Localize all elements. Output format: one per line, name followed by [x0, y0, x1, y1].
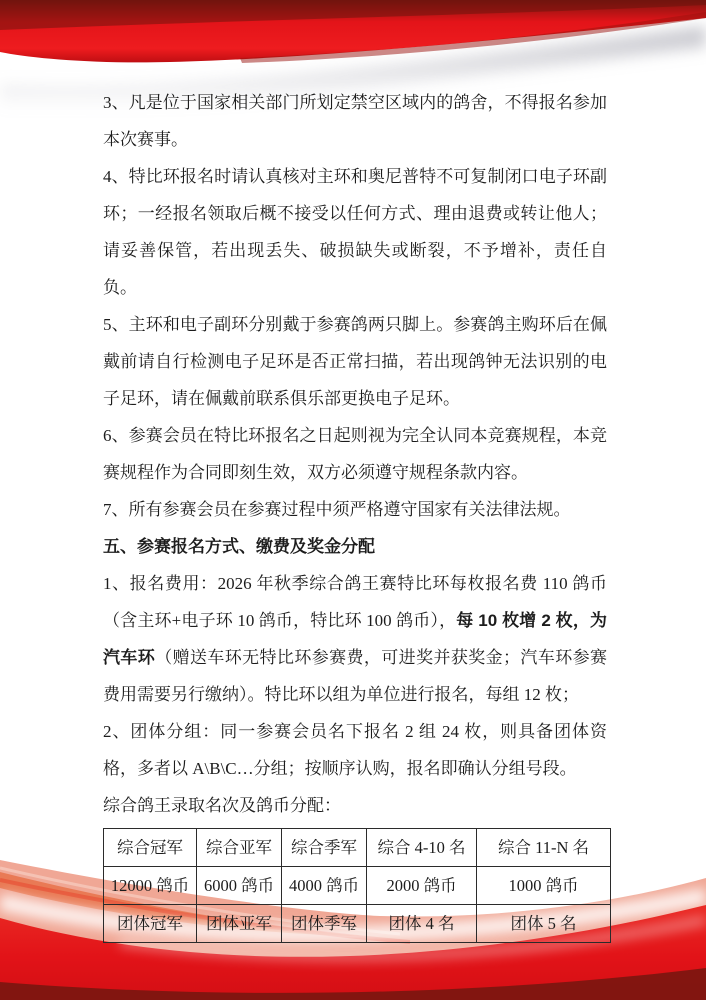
text-run: 5、主环和电子副环分别戴于参赛鸽两只脚上。参赛鸽主购环后在佩戴前请自行检测电子足…: [103, 315, 607, 408]
section-heading: 五、参赛报名方式、缴费及奖金分配: [103, 528, 607, 565]
table-cell: 1000 鸽币: [477, 867, 611, 905]
table-cell: 综合亚军: [197, 829, 282, 867]
text-run: 五、参赛报名方式、缴费及奖金分配: [103, 537, 375, 556]
table-row: 综合冠军综合亚军综合季军综合 4-10 名综合 11-N 名: [104, 829, 611, 867]
body-paragraphs: 3、凡是位于国家相关部门所划定禁空区域内的鸽舍，不得报名参加本次赛事。4、特比环…: [103, 84, 607, 943]
paragraph: 2、团体分组：同一参赛会员名下报名 2 组 24 枚，则具备团体资格，多者以 A…: [103, 713, 607, 787]
page-number: 2: [0, 921, 706, 933]
text-run: 7、所有参赛会员在参赛过程中须严格遵守国家有关法律法规。: [103, 500, 571, 519]
paragraph: 5、主环和电子副环分别戴于参赛鸽两只脚上。参赛鸽主购环后在佩戴前请自行检测电子足…: [103, 306, 607, 417]
paragraph: 3、凡是位于国家相关部门所划定禁空区域内的鸽舍，不得报名参加本次赛事。: [103, 84, 607, 158]
text-run: 3、凡是位于国家相关部门所划定禁空区域内的鸽舍，不得报名参加本次赛事。: [103, 93, 607, 149]
paragraph: 1、报名费用：2026 年秋季综合鸽王赛特比环每枚报名费 110 鸽币（含主环+…: [103, 565, 607, 713]
paragraph: 4、特比环报名时请认真核对主环和奥尼普特不可复制闭口电子环副环；一经报名领取后概…: [103, 158, 607, 306]
table-cell: 12000 鸽币: [104, 867, 197, 905]
paragraph: 综合鸽王录取名次及鸽币分配：: [103, 787, 607, 824]
text-run: 综合鸽王录取名次及鸽币分配：: [103, 796, 341, 815]
table-cell: 综合季军: [282, 829, 367, 867]
table-cell: 综合 11-N 名: [477, 829, 611, 867]
text-run: 6、参赛会员在特比环报名之日起则视为完全认同本竞赛规程，本竞赛规程作为合同即刻生…: [103, 426, 607, 482]
paragraph: 6、参赛会员在特比环报名之日起则视为完全认同本竞赛规程，本竞赛规程作为合同即刻生…: [103, 417, 607, 491]
table-row: 12000 鸽币6000 鸽币4000 鸽币2000 鸽币1000 鸽币: [104, 867, 611, 905]
table-cell: 综合 4-10 名: [367, 829, 477, 867]
text-run: 2、团体分组：同一参赛会员名下报名 2 组 24 枚，则具备团体资格，多者以 A…: [103, 722, 607, 778]
table-cell: 综合冠军: [104, 829, 197, 867]
table-cell: 4000 鸽币: [282, 867, 367, 905]
table-cell: 6000 鸽币: [197, 867, 282, 905]
paragraph: 7、所有参赛会员在参赛过程中须严格遵守国家有关法律法规。: [103, 491, 607, 528]
text-run: （赠送车环无特比环参赛费，可进奖并获奖金；汽车环参赛费用需要另行缴纳）。特比环以…: [103, 648, 607, 704]
table-cell: 2000 鸽币: [367, 867, 477, 905]
document-page: 3、凡是位于国家相关部门所划定禁空区域内的鸽舍，不得报名参加本次赛事。4、特比环…: [0, 0, 706, 1000]
text-run: 4、特比环报名时请认真核对主环和奥尼普特不可复制闭口电子环副环；一经报名领取后概…: [103, 167, 607, 297]
